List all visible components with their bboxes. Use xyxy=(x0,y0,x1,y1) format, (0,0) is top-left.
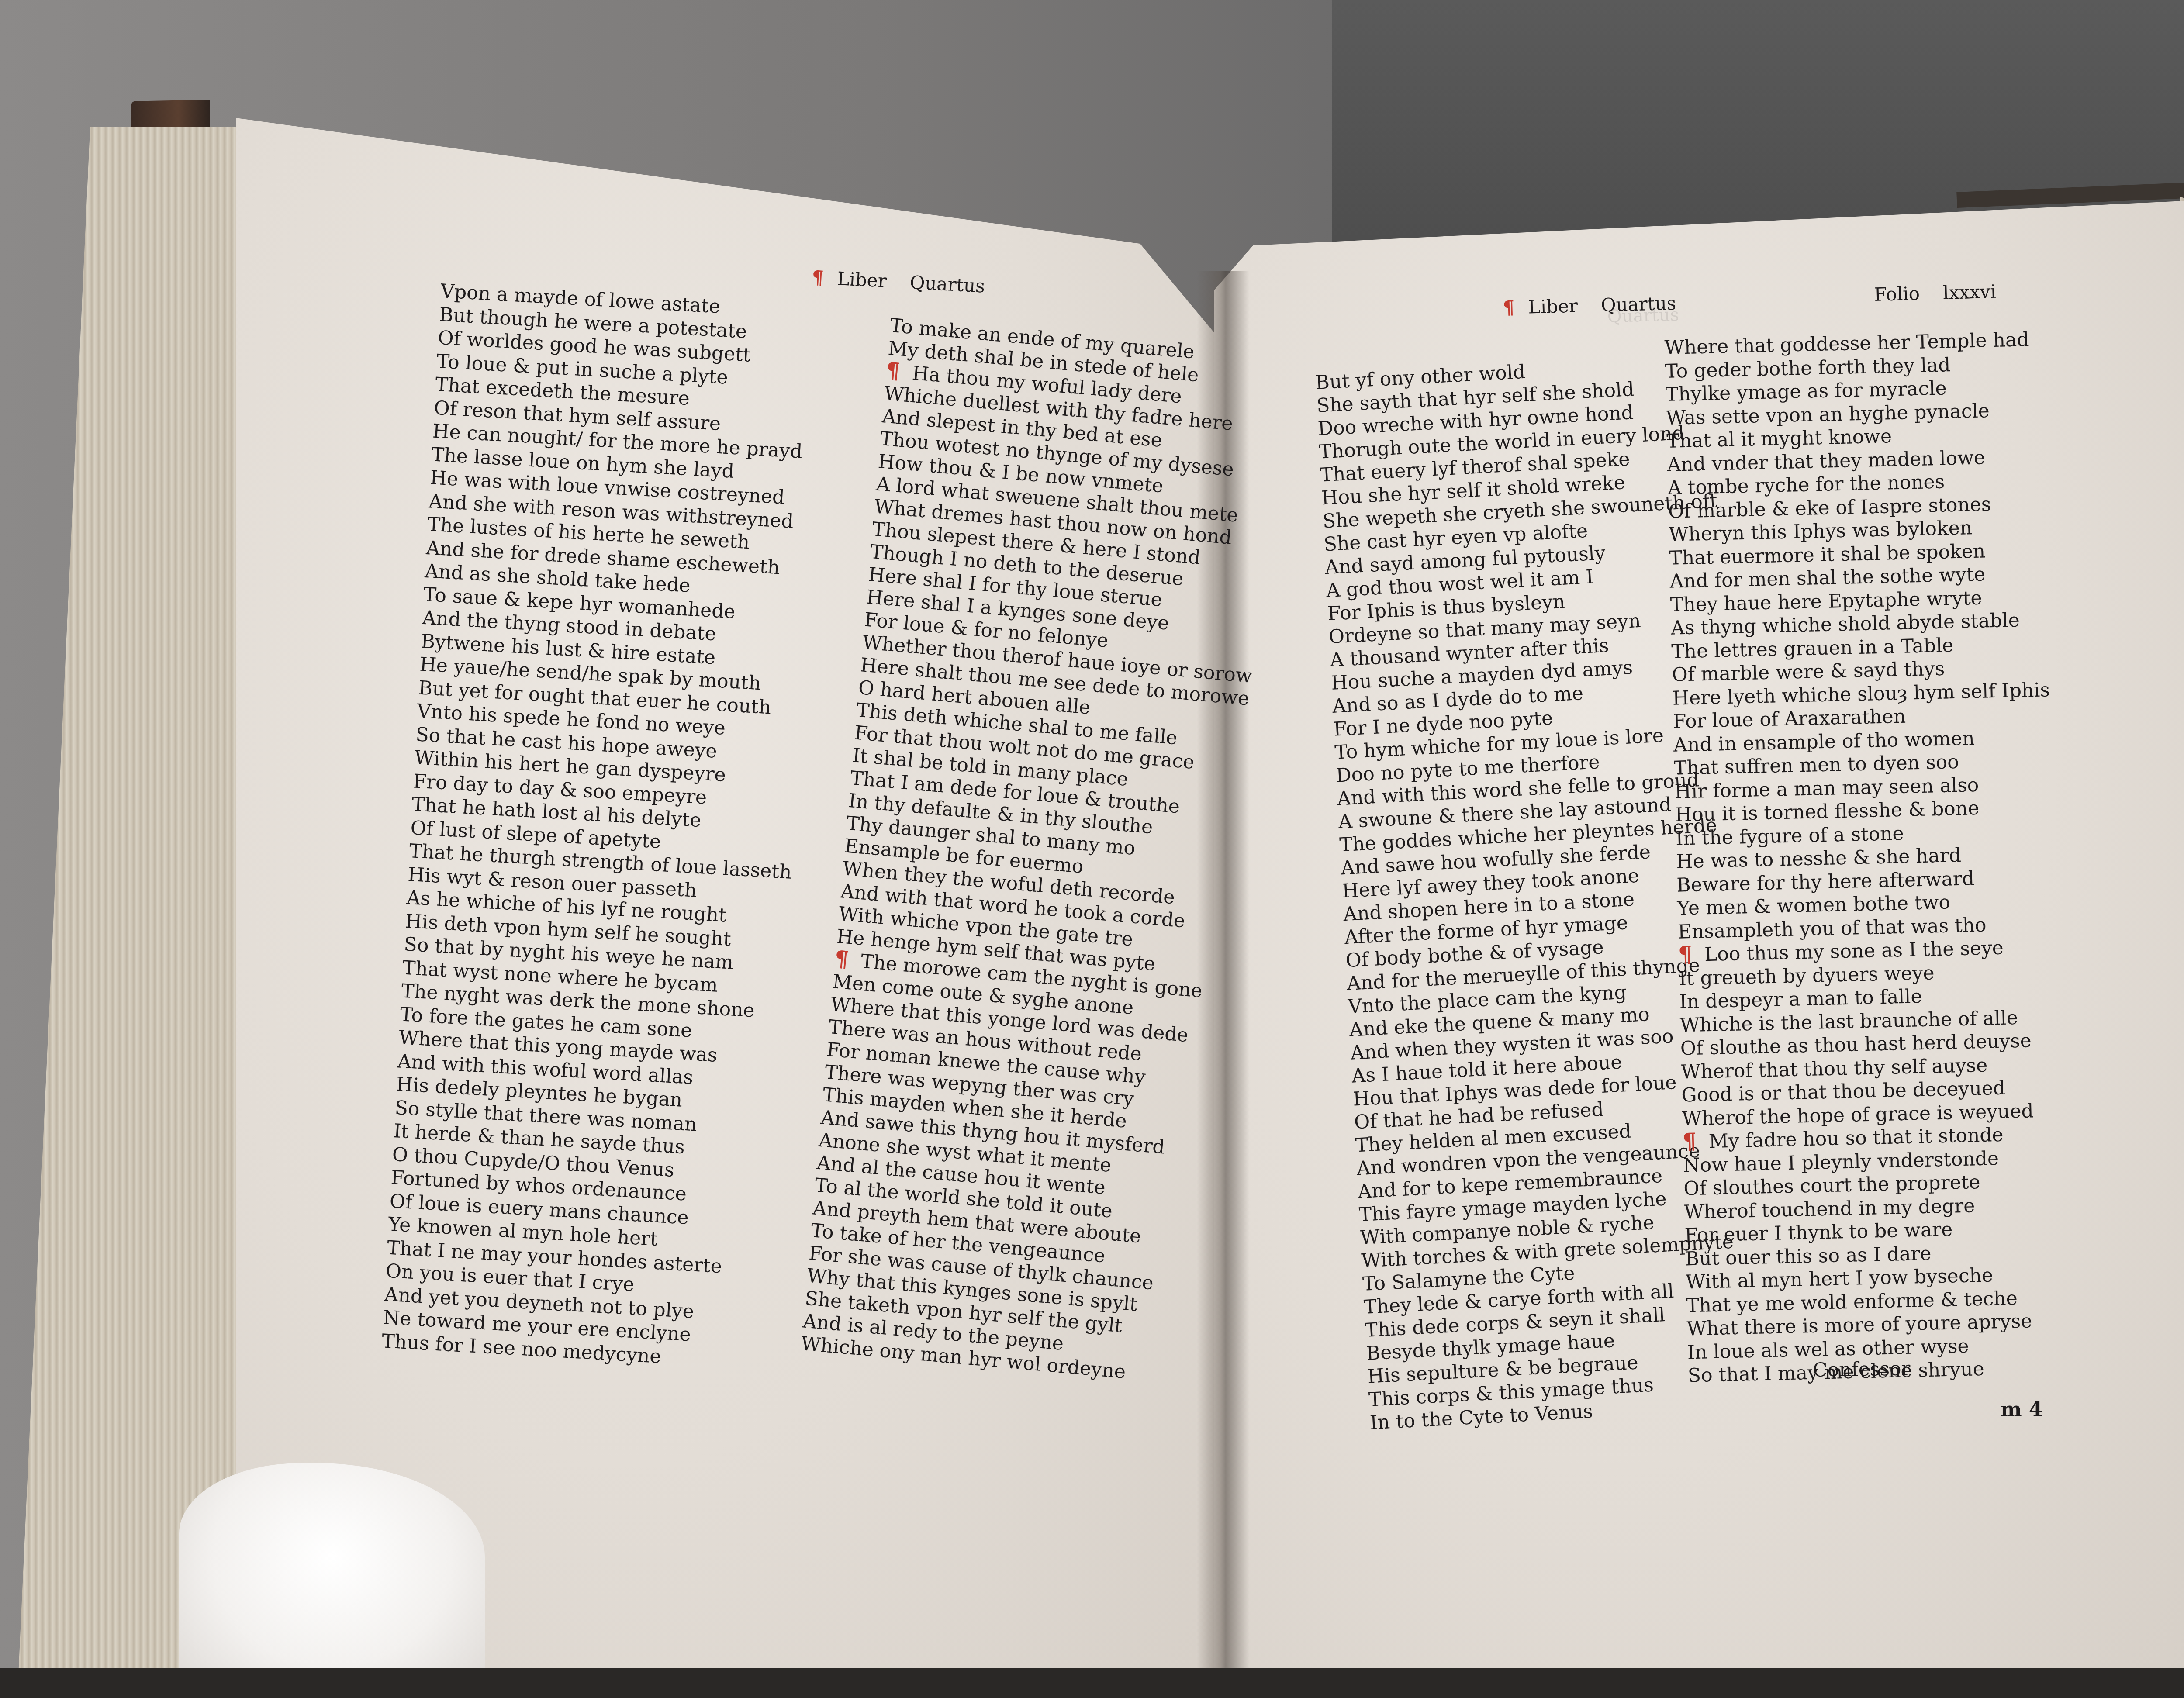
left-page-column-1: Vpon a mayde of lowe astateBut though he… xyxy=(381,280,824,1374)
running-head-word: Quartus xyxy=(1601,293,1676,316)
running-head-word: Quartus xyxy=(909,272,985,297)
running-head-word: Liber xyxy=(836,268,887,292)
running-head-word: Liber xyxy=(1528,295,1578,318)
folio-number: Folio lxxxvi xyxy=(1874,281,1996,305)
pilcrow-icon: ¶ xyxy=(1682,1129,1697,1153)
page-weight-snake xyxy=(179,1463,485,1698)
page-block-left xyxy=(17,127,245,1695)
pilcrow-icon: ¶ xyxy=(834,947,850,971)
signature-mark: m 4 xyxy=(2001,1398,2043,1421)
pilcrow-icon: ¶ xyxy=(1678,942,1693,966)
folio-label: Folio xyxy=(1874,283,1920,305)
pilcrow-icon: ¶ xyxy=(885,359,901,383)
catchword: Confessor xyxy=(1813,1357,1911,1381)
pilcrow-icon: ¶ xyxy=(1503,297,1515,318)
pilcrow-icon: ¶ xyxy=(811,266,824,288)
book-cradle-shadow xyxy=(0,1668,2184,1698)
verse-text: That al it myght knowe xyxy=(1666,425,1892,452)
verse-text: For loue of Araxarathen xyxy=(1673,705,1906,733)
right-page-column-2: Where that goddesse her Temple hadTo ged… xyxy=(1664,328,2066,1387)
folio-value: lxxxvi xyxy=(1943,281,1997,304)
